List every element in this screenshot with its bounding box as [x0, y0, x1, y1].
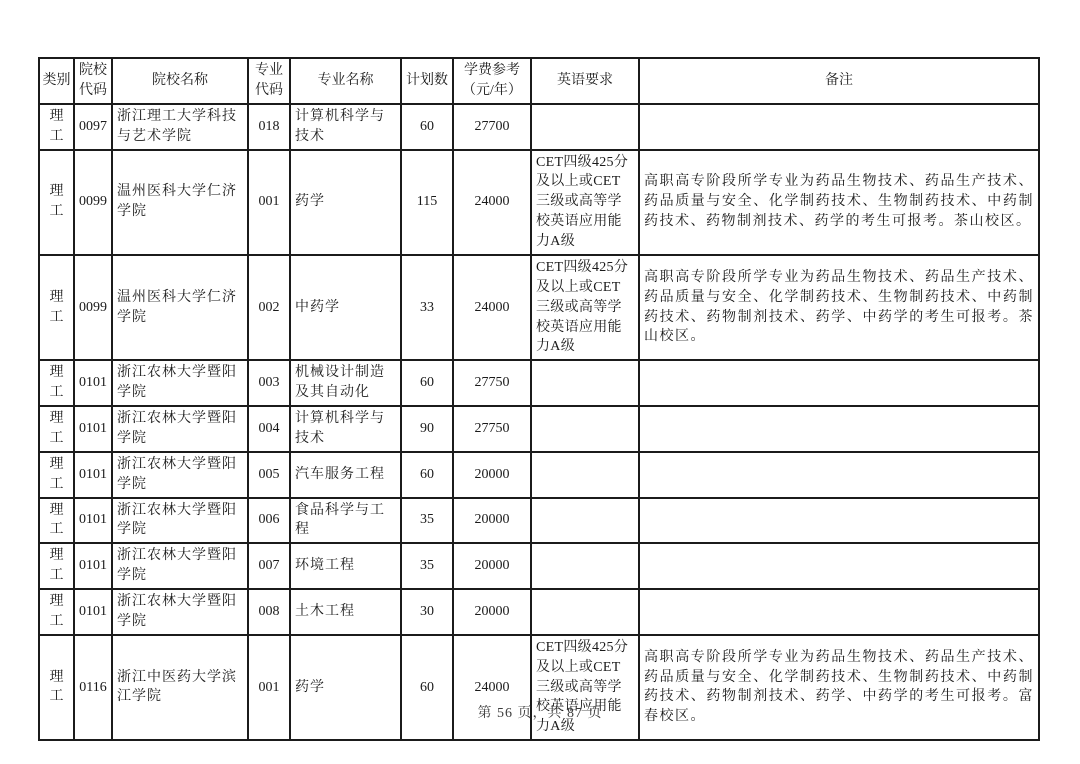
- cell-major-code: 005: [248, 452, 290, 498]
- cell-school-code: 0097: [74, 104, 112, 150]
- cell-category: 理工: [39, 360, 74, 406]
- cell-major-code: 018: [248, 104, 290, 150]
- cell-major-name: 汽车服务工程: [290, 452, 401, 498]
- cell-tuition: 20000: [453, 498, 531, 544]
- table-row: 理工 0101 浙江农林大学暨阳学院 008 土木工程 30 20000: [39, 589, 1039, 635]
- cell-school-name: 浙江农林大学暨阳学院: [112, 406, 248, 452]
- col-header-school-name: 院校名称: [112, 58, 248, 104]
- cell-english-req: [531, 498, 639, 544]
- cell-remark: [639, 589, 1039, 635]
- cell-remark: [639, 360, 1039, 406]
- cell-major-name: 计算机科学与技术: [290, 406, 401, 452]
- col-header-tuition: 学费参考 （元/年）: [453, 58, 531, 104]
- document-page: 类别 院校 代码 院校名称 专业 代码 专业名称 计划数 学费参考 （元/年） …: [0, 0, 1080, 764]
- cell-plan-count: 35: [401, 498, 453, 544]
- cell-school-code: 0099: [74, 150, 112, 255]
- cell-category: 理工: [39, 635, 74, 740]
- cell-remark: 高职高专阶段所学专业为药品生物技术、药品生产技术、药品质量与安全、化学制药技术、…: [639, 635, 1039, 740]
- cell-category: 理工: [39, 255, 74, 360]
- cell-tuition: 20000: [453, 589, 531, 635]
- cell-major-code: 006: [248, 498, 290, 544]
- cell-major-name: 药学: [290, 150, 401, 255]
- table-body: 理工 0097 浙江理工大学科技与艺术学院 018 计算机科学与技术 60 27…: [39, 104, 1039, 740]
- cell-english-req: [531, 104, 639, 150]
- cell-english-req: [531, 543, 639, 589]
- table-row: 理工 0099 温州医科大学仁济学院 001 药学 115 24000 CET四…: [39, 150, 1039, 255]
- col-header-remark: 备注: [639, 58, 1039, 104]
- cell-category: 理工: [39, 498, 74, 544]
- cell-plan-count: 60: [401, 635, 453, 740]
- cell-tuition: 24000: [453, 150, 531, 255]
- cell-school-name: 浙江农林大学暨阳学院: [112, 543, 248, 589]
- cell-major-code: 004: [248, 406, 290, 452]
- cell-english-req: CET四级425分及以上或CET三级或高等学校英语应用能力A级: [531, 150, 639, 255]
- admissions-table: 类别 院校 代码 院校名称 专业 代码 专业名称 计划数 学费参考 （元/年） …: [38, 57, 1040, 741]
- cell-school-name: 温州医科大学仁济学院: [112, 255, 248, 360]
- cell-school-code: 0101: [74, 360, 112, 406]
- cell-school-name: 浙江理工大学科技与艺术学院: [112, 104, 248, 150]
- col-header-category: 类别: [39, 58, 74, 104]
- cell-tuition: 27750: [453, 360, 531, 406]
- table-row: 理工 0116 浙江中医药大学滨江学院 001 药学 60 24000 CET四…: [39, 635, 1039, 740]
- cell-tuition: 27750: [453, 406, 531, 452]
- col-header-english-req: 英语要求: [531, 58, 639, 104]
- cell-major-code: 001: [248, 150, 290, 255]
- table-row: 理工 0099 温州医科大学仁济学院 002 中药学 33 24000 CET四…: [39, 255, 1039, 360]
- cell-school-name: 浙江农林大学暨阳学院: [112, 498, 248, 544]
- cell-major-name: 食品科学与工程: [290, 498, 401, 544]
- table-row: 理工 0101 浙江农林大学暨阳学院 005 汽车服务工程 60 20000: [39, 452, 1039, 498]
- cell-english-req: [531, 406, 639, 452]
- cell-english-req: [531, 452, 639, 498]
- cell-plan-count: 33: [401, 255, 453, 360]
- cell-major-name: 土木工程: [290, 589, 401, 635]
- cell-major-code: 003: [248, 360, 290, 406]
- cell-remark: 高职高专阶段所学专业为药品生物技术、药品生产技术、药品质量与安全、化学制药技术、…: [639, 255, 1039, 360]
- table-row: 理工 0101 浙江农林大学暨阳学院 004 计算机科学与技术 90 27750: [39, 406, 1039, 452]
- cell-category: 理工: [39, 589, 74, 635]
- cell-plan-count: 60: [401, 452, 453, 498]
- cell-school-code: 0101: [74, 498, 112, 544]
- cell-plan-count: 30: [401, 589, 453, 635]
- cell-school-name: 浙江中医药大学滨江学院: [112, 635, 248, 740]
- cell-tuition: 24000: [453, 635, 531, 740]
- cell-remark: [639, 406, 1039, 452]
- cell-major-code: 002: [248, 255, 290, 360]
- cell-remark: [639, 498, 1039, 544]
- cell-english-req: CET四级425分及以上或CET三级或高等学校英语应用能力A级: [531, 635, 639, 740]
- cell-school-name: 浙江农林大学暨阳学院: [112, 360, 248, 406]
- cell-school-code: 0101: [74, 406, 112, 452]
- cell-school-code: 0099: [74, 255, 112, 360]
- col-header-school-code: 院校 代码: [74, 58, 112, 104]
- cell-remark: [639, 543, 1039, 589]
- cell-remark: [639, 104, 1039, 150]
- cell-remark: 高职高专阶段所学专业为药品生物技术、药品生产技术、药品质量与安全、化学制药技术、…: [639, 150, 1039, 255]
- cell-remark: [639, 452, 1039, 498]
- cell-tuition: 20000: [453, 452, 531, 498]
- cell-category: 理工: [39, 452, 74, 498]
- cell-major-name: 中药学: [290, 255, 401, 360]
- cell-major-name: 机械设计制造及其自动化: [290, 360, 401, 406]
- table-header-row: 类别 院校 代码 院校名称 专业 代码 专业名称 计划数 学费参考 （元/年） …: [39, 58, 1039, 104]
- col-header-major-code: 专业 代码: [248, 58, 290, 104]
- cell-school-code: 0101: [74, 452, 112, 498]
- page-number: 第 56 页，共 87 页: [0, 702, 1080, 722]
- cell-category: 理工: [39, 150, 74, 255]
- cell-school-name: 浙江农林大学暨阳学院: [112, 589, 248, 635]
- cell-tuition: 20000: [453, 543, 531, 589]
- cell-tuition: 24000: [453, 255, 531, 360]
- cell-category: 理工: [39, 406, 74, 452]
- cell-major-name: 计算机科学与技术: [290, 104, 401, 150]
- col-header-major-name: 专业名称: [290, 58, 401, 104]
- cell-school-code: 0116: [74, 635, 112, 740]
- table-row: 理工 0097 浙江理工大学科技与艺术学院 018 计算机科学与技术 60 27…: [39, 104, 1039, 150]
- cell-major-name: 药学: [290, 635, 401, 740]
- cell-category: 理工: [39, 104, 74, 150]
- cell-school-name: 浙江农林大学暨阳学院: [112, 452, 248, 498]
- table-row: 理工 0101 浙江农林大学暨阳学院 006 食品科学与工程 35 20000: [39, 498, 1039, 544]
- cell-plan-count: 35: [401, 543, 453, 589]
- cell-major-code: 001: [248, 635, 290, 740]
- cell-school-code: 0101: [74, 589, 112, 635]
- cell-plan-count: 60: [401, 104, 453, 150]
- cell-tuition: 27700: [453, 104, 531, 150]
- cell-major-name: 环境工程: [290, 543, 401, 589]
- cell-category: 理工: [39, 543, 74, 589]
- cell-major-code: 007: [248, 543, 290, 589]
- cell-school-code: 0101: [74, 543, 112, 589]
- cell-english-req: CET四级425分及以上或CET三级或高等学校英语应用能力A级: [531, 255, 639, 360]
- cell-plan-count: 115: [401, 150, 453, 255]
- cell-english-req: [531, 360, 639, 406]
- table-row: 理工 0101 浙江农林大学暨阳学院 003 机械设计制造及其自动化 60 27…: [39, 360, 1039, 406]
- cell-school-name: 温州医科大学仁济学院: [112, 150, 248, 255]
- table-row: 理工 0101 浙江农林大学暨阳学院 007 环境工程 35 20000: [39, 543, 1039, 589]
- cell-major-code: 008: [248, 589, 290, 635]
- cell-english-req: [531, 589, 639, 635]
- col-header-plan-count: 计划数: [401, 58, 453, 104]
- cell-plan-count: 60: [401, 360, 453, 406]
- cell-plan-count: 90: [401, 406, 453, 452]
